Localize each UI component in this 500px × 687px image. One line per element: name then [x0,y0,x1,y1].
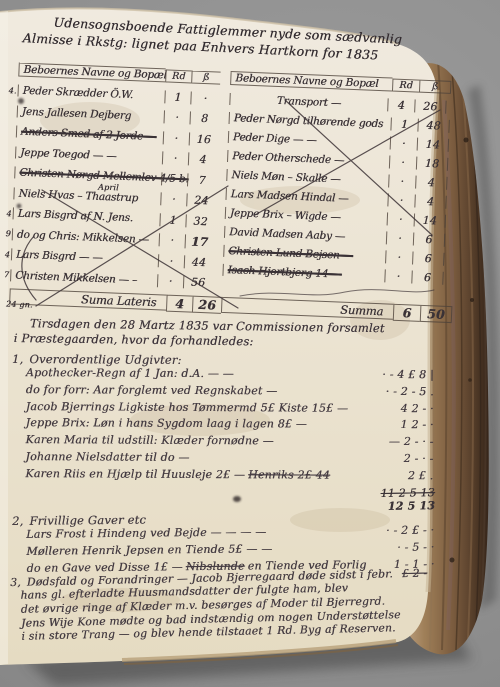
expense-amount: — 2 - · - [389,435,436,448]
resident-name: Peder Skrædder Ö.W. [17,85,164,103]
expense-line: Karen Riis en Hjælp til Huusleje 2£ — He… [25,467,435,486]
rigsdaler-amount: · [385,250,412,264]
margin-mark [3,131,16,132]
rigsdaler-amount: · [389,155,416,169]
rigsdaler-amount: · [384,269,411,283]
section-number: 2, [12,514,24,528]
expense-text: do for forr: Aar forglemt ved Regnskabet… [26,383,278,397]
expense-amount: 2 £ . [408,469,436,482]
section-extraordinary-expenses: 1, Overordentlige Udgivter: Apothecker-R… [11,352,436,486]
expense-text: Apothecker-Regn af 1 Jan: d.A. — — [26,366,234,380]
header-names: Beboernes Navne og Bopæl [230,71,392,91]
rigsdaler-amount: · [163,111,190,125]
margin-note: 24 gn. [6,300,33,310]
gift-text: Lars Frost i Hindeng ved Bejde — — — — [26,525,266,541]
resident-name: Lars Bisgrd — — [11,249,158,267]
expense-amount: 4 2 - · [401,402,436,415]
gift-amount: · - 2 £ - · [386,524,436,538]
struck-text: Henriks 2£ 44 [248,468,330,481]
margin-mark: 9 [0,229,12,239]
sum-rigsdaler: 6 [393,303,421,321]
skilling-amount: 48 [417,119,449,133]
interline-note: April [98,183,119,193]
header-names: Beboernes Navne og Bopæl [18,63,165,83]
skilling-amount: 7 [187,173,216,187]
margin-mark [2,152,15,153]
skilling-amount: 24 [186,194,215,208]
expense-line: Jeppe Brix: Løn i hans Sygdom laag i lag… [26,416,436,435]
skilling-amount: 17 [185,234,215,249]
struck-text: £ 2 - [402,567,428,581]
expense-amount: · - 4 £ 8 | [382,368,436,381]
rigsdaler-amount: · [159,234,186,248]
skilling-amount: 6 [413,232,445,246]
margin-mark [4,111,17,112]
expense-amount: 1 2 - · [400,418,435,431]
skilling-amount: 14 [417,138,449,152]
rigsdaler-amount: · [157,275,184,289]
resident-name: Anders Smed af 2 Jorde — [16,126,163,144]
expense-text: Jeppe Brix: Løn i hans Sygdom laag i lag… [26,416,307,430]
rigsdaler-amount: · [388,174,415,188]
expense-line: Karen Maria til udstill: Klæder fornødne… [25,433,435,452]
rigsdaler-amount: · [162,152,189,166]
sum-skilling: 26 [192,295,222,313]
skilling-amount: 26 [414,99,446,113]
expense-line: do for forr: Aar forglemt ved Regnskabet… [26,383,436,402]
expense-text: Karen Maria til udstill: Klæder fornødne… [26,433,274,447]
resident-name: do og Chris: Mikkelsen — [12,228,159,246]
expense-text: Jacob Bjerrings Ligkiste hos Tømmermd 5£… [26,400,349,415]
section-number: 1, [12,352,23,366]
resident-name: Jeppe Toegod — — [15,146,162,164]
rigsdaler-amount: · [161,172,188,186]
margin-mark [1,193,14,194]
alms-ledger-table: Beboernes Navne og Bopæl Rd ß 4. Peder S… [0,58,462,325]
margin-mark: 4. [5,86,18,96]
section-lines: hans gl. efterladte Huusmandsdatter der … [10,579,451,644]
rigsdaler-amount: · [390,136,417,150]
expense-line: Jacob Bjerrings Ligkiste hos Tømmermd 5£… [26,400,436,419]
right-rows: Transport — 4 26 Peder Nørgd tilhørende … [222,89,460,288]
header-skilling: ß [191,70,220,84]
expense-amount: · - 2 - 5 . [386,385,436,398]
gift-amount: · - 5 - · [397,540,436,553]
section-title: Frivillige Gaver etc [29,513,146,528]
minutes-intro: Tirsdagen den 28 Martz 1835 var Commissi… [14,316,385,351]
rigsdaler-amount: · [387,193,414,207]
skilling-amount: 8 [189,112,218,126]
rigsdaler-amount: · [158,254,185,268]
skilling-amount: 6 [411,270,443,284]
section-deaths-and-changes: 3, Dødsfald og Forandringer — Jacob Bjer… [10,566,451,644]
skilling-amount: 4 [415,176,447,190]
skilling-amount: 6 [412,251,444,265]
rigsdaler-amount: 1 [164,90,191,104]
skilling-amount: 14 [414,214,446,228]
skilling-amount: 16 [189,132,218,146]
skilling-amount: · [190,91,219,105]
ledger-right-half: Beboernes Navne og Bopæl Rd ß Transport … [221,67,462,325]
sum-label: Summa [221,297,394,320]
skilling-amount: 4 [414,195,446,209]
rigsdaler-amount: 1 [390,117,417,131]
header-rigsdaler: Rd [165,69,192,83]
skilling-amount: 56 [183,276,212,290]
expense-text: Karen Riis en Hjælp til Huusleje 2£ — [25,467,245,481]
rigsdaler-amount: 1 [159,213,186,227]
resident-name: Christen Nørgd Mellemlev 4/5 b. [14,167,161,185]
expense-line: Apothecker-Regn af 1 Jan: d.A. — — · - 4… [26,366,436,385]
margin-mark: 4 [0,250,11,260]
manuscript-photo: { "photo": { "background_color": "#95959… [0,0,500,687]
header-rigsdaler: Rd [392,78,419,92]
rigsdaler-amount: · [160,193,187,207]
skilling-amount: 18 [416,157,448,171]
margin-mark [1,172,14,173]
section-lines: Apothecker-Regn af 1 Jan: d.A. — — · - 4… [11,366,436,486]
resident-name: Christen Mikkelsen — – [10,269,157,287]
rigsdaler-amount: · [163,131,190,145]
resident-name: Niels Hvas – Thaastrup [13,187,160,205]
margin-mark: 7 [0,270,10,280]
resident-name: Lars Bisgrd af N. Jens. [13,208,160,226]
resident-name: Jens Jallesen Dejberg [17,105,164,123]
header-skilling: ß [419,79,451,93]
expense-text: Johanne Nielsdatter til do — [25,450,189,464]
rigsdaler-amount: · [387,212,414,226]
rigsdaler-amount: · [386,231,413,245]
expense-amount: 2 - · - [404,452,436,465]
sum-skilling: 50 [420,304,453,322]
skilling-amount: 44 [184,255,213,269]
margin-mark: 4 [0,209,13,219]
gift-text: Mølleren Henrik Jepsen en Tiende 5£ — — [26,542,272,558]
rigsdaler-amount: 4 [387,98,414,112]
skilling-amount: 32 [185,214,214,228]
section-title: Overordentlige Udgivter: [29,352,181,367]
skilling-amount: 4 [188,153,217,167]
sum-rigsdaler: 4 [166,294,193,312]
section-number: 3, [10,576,21,589]
expense-line: Johanne Nielsdatter til do — 2 - · - [25,450,435,469]
